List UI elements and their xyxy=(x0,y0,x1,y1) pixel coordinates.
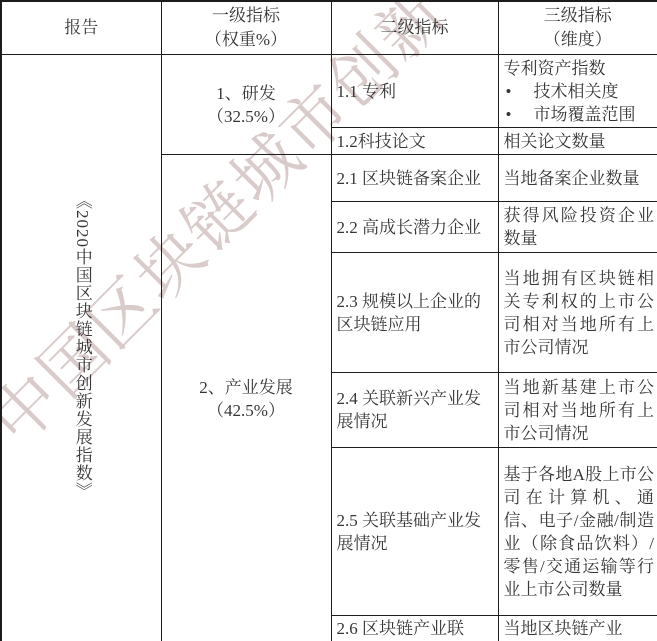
bullet-text: 技术相关度 xyxy=(534,80,619,103)
level1-research-weight: （32.5%） xyxy=(164,105,329,128)
level3-cell: 基于各地A股上市公司在计算机、通信、电子/金融/制造业（除食品饮料）/零售/交通… xyxy=(498,448,657,616)
level3-cell: 获得风险投资企业数量 xyxy=(498,202,657,253)
bullet-icon: • xyxy=(504,80,534,103)
header-level3-line1: 三级指标 xyxy=(501,4,656,28)
level2-cell: 2.2 高成长潜力企业 xyxy=(331,202,498,253)
header-level3-line2: （维度） xyxy=(501,28,656,52)
level1-cell-industry: 2、产业发展 （42.5%） xyxy=(161,155,331,641)
page: 中国区块链城市创新 报告 一级指标 （权重%） 二级指标 三级指标 （维度） 《… xyxy=(0,0,657,641)
bullet-icon: • xyxy=(504,103,534,126)
header-level3: 三级指标 （维度） xyxy=(498,1,657,55)
level1-cell-research: 1、研发 （32.5%） xyxy=(161,55,331,155)
header-level2: 二级指标 xyxy=(331,1,498,55)
level2-cell: 2.5 关联基础产业发展情况 xyxy=(331,448,498,616)
level3-cell: 当地备案企业数量 xyxy=(498,155,657,202)
level3-cell: 专利资产指数 • 技术相关度 • 市场覆盖范围 xyxy=(498,55,657,128)
level2-cell: 1.2科技论文 xyxy=(331,128,498,155)
level3-cell: 相关论文数量 xyxy=(498,128,657,155)
level1-industry-label: 2、产业发展 xyxy=(164,376,329,399)
level2-cell: 2.4 关联新兴产业发展情况 xyxy=(331,373,498,448)
header-level1: 一级指标 （权重%） xyxy=(161,1,331,55)
level3-cell: 当地区块链产业 xyxy=(498,616,657,641)
table-row: 《2020中国区块链城市创新发展指数》 1、研发 （32.5%） 1.1 专利 … xyxy=(1,55,657,128)
level3-cell: 当地拥有区块链相关专利权的上市公司相对当地所有上市公司情况 xyxy=(498,253,657,373)
level3-bullet-item: • 技术相关度 xyxy=(504,80,655,103)
level3-cell: 当地新基建上市公司相对当地所有上市公司情况 xyxy=(498,373,657,448)
table-header-row: 报告 一级指标 （权重%） 二级指标 三级指标 （维度） xyxy=(1,1,657,55)
header-report: 报告 xyxy=(1,1,161,55)
level1-research-label: 1、研发 xyxy=(164,82,329,105)
bullet-text: 市场覆盖范围 xyxy=(534,103,636,126)
level2-cell: 2.6 区块链产业联 xyxy=(331,616,498,641)
level3-bullet-item: • 市场覆盖范围 xyxy=(504,103,655,126)
header-level1-line2: （权重%） xyxy=(164,28,329,52)
indicator-table: 报告 一级指标 （权重%） 二级指标 三级指标 （维度） 《2020中国区块链城… xyxy=(0,0,657,641)
header-level1-line1: 一级指标 xyxy=(164,4,329,28)
level1-industry-weight: （42.5%） xyxy=(164,399,329,422)
level2-cell: 1.1 专利 xyxy=(331,55,498,128)
report-title: 《2020中国区块链城市创新发展指数》 xyxy=(71,192,94,500)
level2-cell: 2.1 区块链备案企业 xyxy=(331,155,498,202)
level2-cell: 2.3 规模以上企业的区块链应用 xyxy=(331,253,498,373)
report-title-cell: 《2020中国区块链城市创新发展指数》 xyxy=(1,55,161,641)
level3-intro: 专利资产指数 xyxy=(504,57,655,80)
